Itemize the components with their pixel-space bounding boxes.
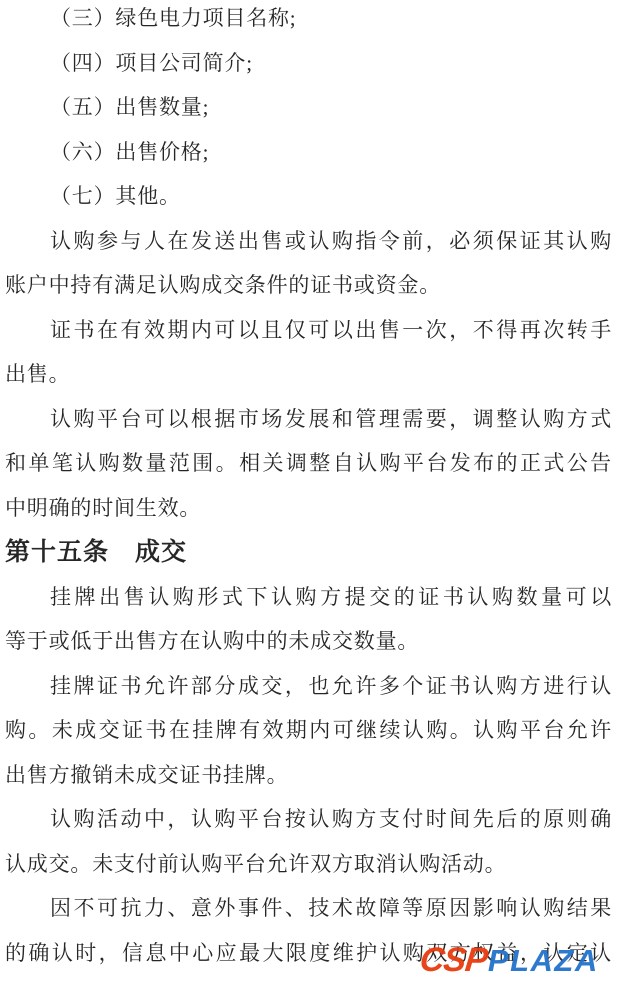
document-line: 认购参与人在发送出售或认购指令前，必须保证其认购 — [5, 219, 612, 264]
document-line: 挂牌证书允许部分成交，也允许多个证书认购方进行认 — [5, 664, 612, 709]
document-line: （四）项目公司简介; — [5, 41, 612, 86]
document-line: 出售。 — [5, 352, 612, 397]
document-line: 因不可抗力、意外事件、技术故障等原因影响认购结果 — [5, 886, 612, 931]
document-line: 认购平台可以根据市场发展和管理需要，调整认购方式 — [5, 397, 612, 442]
article-heading: 第十五条 成交 — [5, 530, 612, 575]
document-page: （三）绿色电力项目名称;（四）项目公司简介;（五）出售数量;（六）出售价格;（七… — [0, 0, 620, 986]
document-line: 和单笔认购数量范围。相关调整自认购平台发布的正式公告 — [5, 441, 612, 486]
document-line: 认成交。未支付前认购平台允许双方取消认购活动。 — [5, 842, 612, 887]
document-line: 等于或低于出售方在认购中的未成交数量。 — [5, 619, 612, 664]
document-line: 证书在有效期内可以且仅可以出售一次，不得再次转手 — [5, 308, 612, 353]
document-line: （五）出售数量; — [5, 85, 612, 130]
document-line: （七）其他。 — [5, 174, 612, 219]
document-line: 账户中持有满足认购成交条件的证书或资金。 — [5, 263, 612, 308]
document-line: 出售方撤销未成交证书挂牌。 — [5, 753, 612, 798]
document-body: （三）绿色电力项目名称;（四）项目公司简介;（五）出售数量;（六）出售价格;（七… — [0, 0, 620, 975]
document-line: 挂牌出售认购形式下认购方提交的证书认购数量可以 — [5, 575, 612, 620]
document-line: （三）绿色电力项目名称; — [5, 0, 612, 41]
document-line: 的确认时，信息中心应最大限度维护认购双方权益，认定认 — [5, 931, 612, 976]
document-line: 购。未成交证书在挂牌有效期内可继续认购。认购平台允许 — [5, 708, 612, 753]
document-line: 中明确的时间生效。 — [5, 486, 612, 531]
document-line: （六）出售价格; — [5, 130, 612, 175]
document-line: 认购活动中，认购平台按认购方支付时间先后的原则确 — [5, 797, 612, 842]
